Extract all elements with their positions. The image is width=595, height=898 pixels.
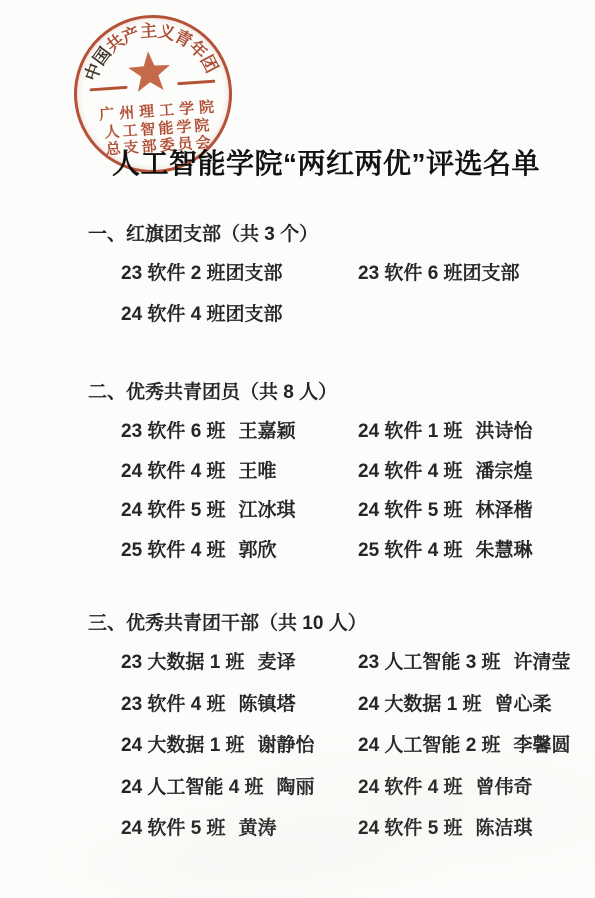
awardee-class: 24 软件 5 班 <box>121 818 226 839</box>
awardee-class: 24 人工智能 2 班 <box>358 735 501 756</box>
award-entry: 25 软件 4 班郭欣 <box>121 540 358 580</box>
awardee-class: 23 软件 6 班团支部 <box>358 263 520 284</box>
award-entry: 24 软件 1 班洪诗怡 <box>358 421 568 461</box>
awardee-name: 江冰琪 <box>239 500 296 521</box>
awardee-name: 曾心柔 <box>495 694 552 715</box>
awardee-class: 23 软件 6 班 <box>121 421 226 442</box>
award-entry: 24 软件 5 班江冰琪 <box>121 500 358 540</box>
league-seal-stamp: 中国共产主义青年团 广州理工学院 人工智能学院 总支部委员会 <box>69 10 238 179</box>
awardee-class: 23 软件 2 班团支部 <box>121 263 283 284</box>
section-rows: 23 软件 6 班王嘉颖 24 软件 1 班洪诗怡 24 软件 4 班王唯 24… <box>121 421 568 579</box>
awardee-class: 24 大数据 1 班 <box>121 735 245 756</box>
award-entry: 24 软件 4 班曾伟奇 <box>358 777 571 819</box>
award-entry: 24 大数据 1 班曾心柔 <box>358 694 571 736</box>
awardee-class: 23 人工智能 3 班 <box>358 652 501 673</box>
awardee-class: 25 软件 4 班 <box>121 540 226 561</box>
awardee-class: 24 软件 1 班 <box>358 421 463 442</box>
awardee-name: 曾伟奇 <box>476 777 533 798</box>
awardee-name: 陶丽 <box>277 777 315 798</box>
awardee-name: 朱慧琳 <box>476 540 533 561</box>
section-rows: 23 软件 2 班团支部 23 软件 6 班团支部 24 软件 4 班团支部 <box>121 263 568 345</box>
section-heading: 一、红旗团支部（共 3 个） <box>88 224 568 246</box>
awardee-class: 24 软件 4 班 <box>358 461 463 482</box>
awardee-class: 24 人工智能 4 班 <box>121 777 264 798</box>
award-entry: 23 软件 4 班陈镇塔 <box>121 694 358 736</box>
awardee-name: 郭欣 <box>239 540 277 561</box>
star-shape <box>127 50 171 93</box>
award-entry: 23 人工智能 3 班许清莹 <box>358 652 571 694</box>
awardee-name: 潘宗煌 <box>476 461 533 482</box>
awardee-class: 23 大数据 1 班 <box>121 652 245 673</box>
document-page: 人工智能学院“两红两优”评选名单 中国共产主义青年团 广州理工学院 人工智能学院… <box>0 0 595 898</box>
awardee-name: 黄涛 <box>239 818 277 839</box>
awardee-name: 王嘉颖 <box>239 421 296 442</box>
awardee-class: 24 软件 4 班 <box>358 777 463 798</box>
awardee-name: 李馨圆 <box>514 735 571 756</box>
awardee-name: 谢静怡 <box>258 735 315 756</box>
section-rows: 23 大数据 1 班麦译 23 人工智能 3 班许清莹 23 软件 4 班陈镇塔… <box>121 652 568 860</box>
awardee-class: 24 软件 4 班团支部 <box>121 304 283 325</box>
award-entry: 23 软件 6 班王嘉颖 <box>121 421 358 461</box>
award-entry: 24 软件 4 班潘宗煌 <box>358 461 568 501</box>
award-entry: 24 人工智能 4 班陶丽 <box>121 777 358 819</box>
award-entry: 23 软件 2 班团支部 <box>121 263 358 304</box>
awardee-name: 洪诗怡 <box>476 421 533 442</box>
award-entry: 24 人工智能 2 班李馨圆 <box>358 735 571 777</box>
award-entry: 24 软件 5 班林泽楷 <box>358 500 568 540</box>
award-entry: 24 软件 5 班黄涛 <box>121 818 358 860</box>
award-entry <box>358 304 568 345</box>
awardee-name: 许清莹 <box>514 652 571 673</box>
section-heading: 二、优秀共青团员（共 8 人） <box>88 382 568 404</box>
award-entry: 24 软件 4 班王唯 <box>121 461 358 501</box>
awardee-class: 24 软件 5 班 <box>358 818 463 839</box>
awardee-name: 陈洁琪 <box>476 818 533 839</box>
award-entry: 24 软件 5 班陈洁琪 <box>358 818 571 860</box>
awardee-class: 23 软件 4 班 <box>121 694 226 715</box>
awardee-class: 24 软件 5 班 <box>121 500 226 521</box>
section-excellent-members: 二、优秀共青团员（共 8 人） 23 软件 6 班王嘉颖 24 软件 1 班洪诗… <box>88 382 568 579</box>
award-entry: 24 大数据 1 班谢静怡 <box>121 735 358 777</box>
awardee-class: 25 软件 4 班 <box>358 540 463 561</box>
awardee-class: 24 大数据 1 班 <box>358 694 482 715</box>
section-heading: 三、优秀共青团干部（共 10 人） <box>88 613 568 635</box>
award-entry: 23 软件 6 班团支部 <box>358 263 568 304</box>
awardee-name: 王唯 <box>239 461 277 482</box>
awardee-name: 陈镇塔 <box>239 694 296 715</box>
section-red-flag-branches: 一、红旗团支部（共 3 个） 23 软件 2 班团支部 23 软件 6 班团支部… <box>88 224 568 345</box>
awardee-class: 24 软件 4 班 <box>121 461 226 482</box>
award-entry: 24 软件 4 班团支部 <box>121 304 358 345</box>
awardee-name: 林泽楷 <box>476 500 533 521</box>
awardee-name: 麦译 <box>258 652 296 673</box>
award-entry: 25 软件 4 班朱慧琳 <box>358 540 568 580</box>
award-entry: 23 大数据 1 班麦译 <box>121 652 358 694</box>
section-excellent-cadres: 三、优秀共青团干部（共 10 人） 23 大数据 1 班麦译 23 人工智能 3… <box>88 613 568 860</box>
awardee-class: 24 软件 5 班 <box>358 500 463 521</box>
